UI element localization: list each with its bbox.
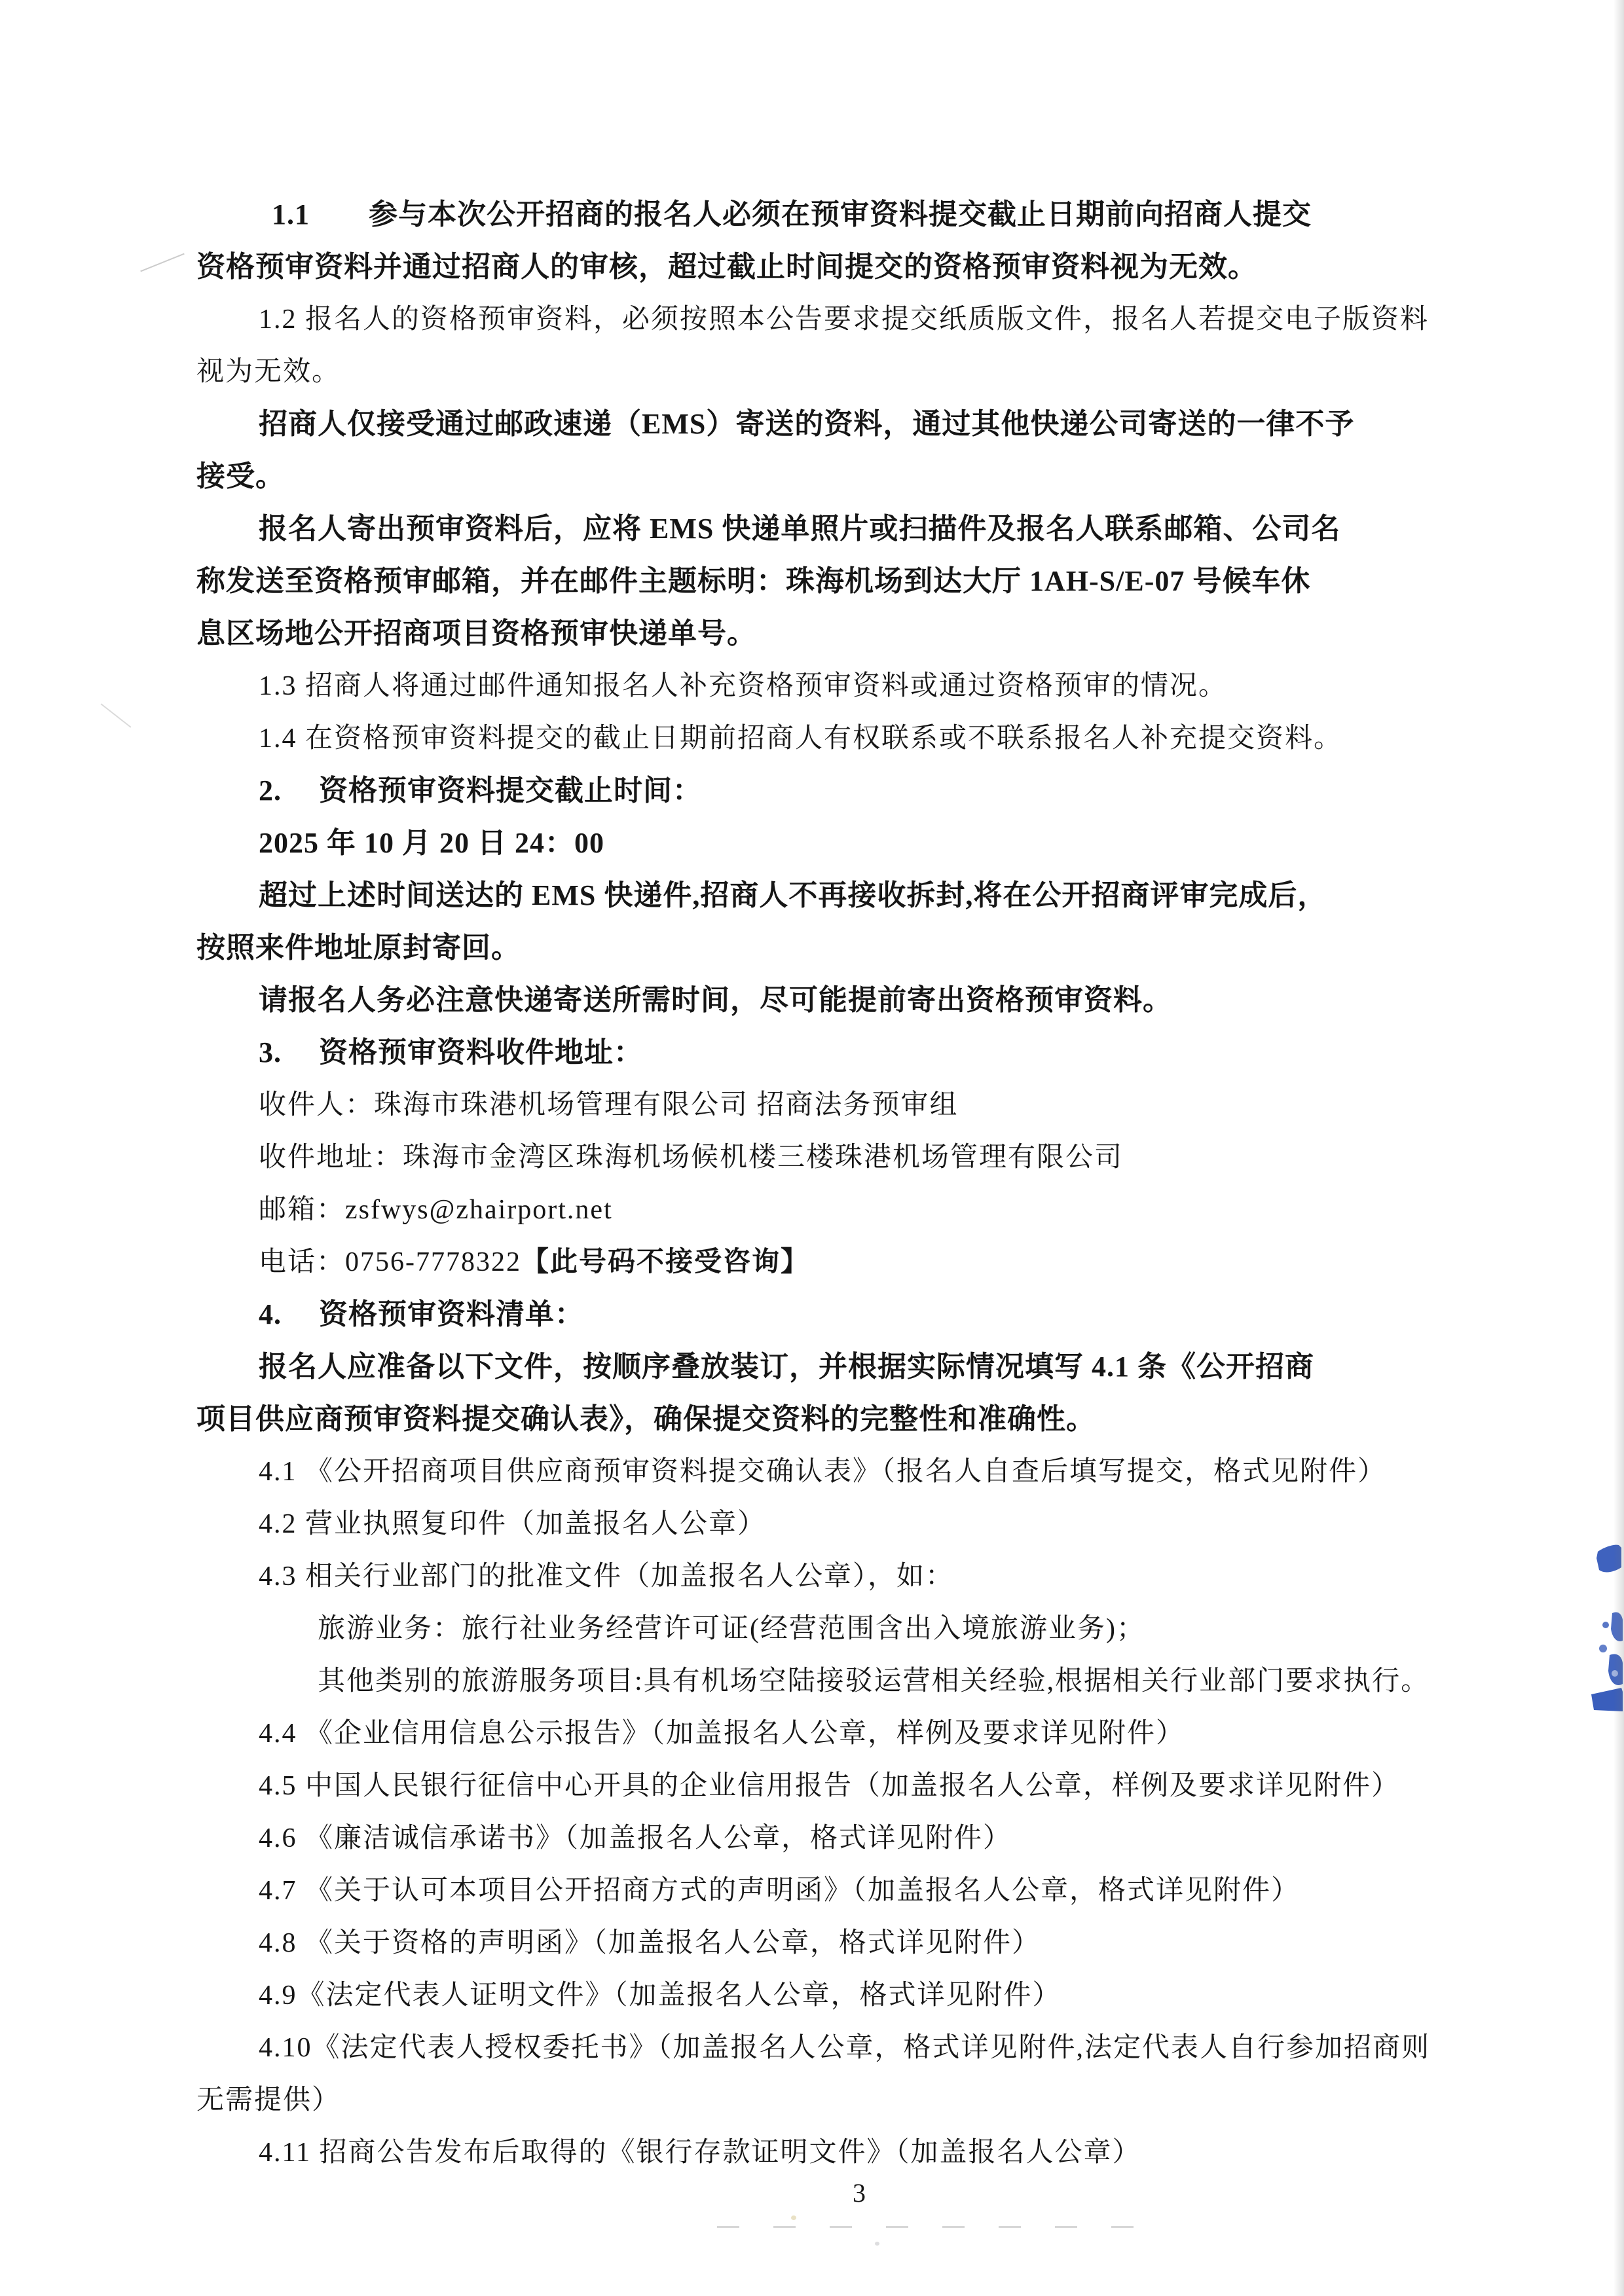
doc-line: 报名人应准备以下文件，按顺序叠放装订，并根据实际情况填写 4.1 条《公开招商: [196, 1341, 1545, 1393]
text-segment: 项目供应商预审资料提交确认表》，确保提交资料的完整性和准确性。: [196, 1403, 1096, 1435]
doc-line: 按照来件地址原封寄回。: [196, 922, 1545, 974]
text-segment: 4.1 《公开招商项目供应商预审资料提交确认表》（报名人自查后填写提交，格式见附…: [259, 1457, 1386, 1487]
text-segment: 视为无效。: [196, 357, 341, 387]
text-segment: 4.5 中国人民银行征信中心开具的企业信用报告（加盖报名人公章，样例及要求详见附…: [259, 1771, 1400, 1801]
text-segment: 4.6 《廉洁诚信承诺书》（加盖报名人公章，格式详见附件）: [259, 1823, 1012, 1853]
text-segment: 按照来件地址原封寄回。: [196, 932, 521, 964]
text-segment: 招商人仅接受通过邮政速递（EMS）寄送的资料，通过其他快递公司寄送的一律不予: [259, 408, 1354, 440]
text-segment: 2. 资格预审资料提交截止时间：: [259, 774, 702, 807]
text-segment: 旅游业务：旅行社业务经营许可证(经营范围含出入境旅游业务)；: [318, 1614, 1145, 1644]
text-segment: 收件人：珠海市珠港机场管理有限公司 招商法务预审组: [259, 1090, 959, 1120]
text-segment: 4.9《法定代表人证明文件》（加盖报名人公章，格式详见附件）: [259, 1980, 1061, 2011]
doc-line: 1.3 招商人将通过邮件通知报名人补充资格预审资料或通过资格预审的情况。: [196, 660, 1545, 712]
doc-line: 2. 资格预审资料提交截止时间：: [196, 765, 1545, 817]
text-segment: 超过上述时间送达的 EMS 快递件,招商人不再接收拆封,将在公开招商评审完成后，: [259, 879, 1327, 911]
doc-line: 4.6 《廉洁诚信承诺书》（加盖报名人公章，格式详见附件）: [196, 1812, 1545, 1865]
doc-line: 旅游业务：旅行社业务经营许可证(经营范围含出入境旅游业务)；: [196, 1603, 1545, 1655]
doc-line: 息区场地公开招商项目资格预审快递单号。: [196, 608, 1545, 660]
text-segment: 请报名人务必注意快递寄送所需时间，尽可能提前寄出资格预审资料。: [259, 984, 1172, 1016]
doc-line: 4.7 《关于认可本项目公开招商方式的声明函》（加盖报名人公章，格式详见附件）: [196, 1865, 1545, 1917]
page-edge-shadow: [1614, 0, 1624, 2296]
doc-line: 称发送至资格预审邮箱，并在邮件主题标明：珠海机场到达大厅 1AH-S/E-07 …: [196, 555, 1545, 608]
text-segment: 接受。: [196, 460, 285, 492]
scan-speck: [791, 2215, 796, 2220]
text-segment: 息区场地公开招商项目资格预审快递单号。: [196, 617, 756, 649]
doc-line: 1.1 参与本次公开招商的报名人必须在预审资料提交截止日期前向招商人提交: [196, 189, 1545, 241]
text-segment: 无需提供）: [196, 2085, 341, 2115]
text-segment: 1.4 在资格预审资料提交的截止日期前招商人有权联系或不联系报名人补充提交资料。: [259, 723, 1342, 754]
doc-line: 请报名人务必注意快递寄送所需时间，尽可能提前寄出资格预审资料。: [196, 974, 1545, 1027]
text-segment: 报名人寄出预审资料后，应将 EMS 快递单照片或扫描件及报名人联系邮箱、公司名: [259, 513, 1340, 545]
scan-speck: [875, 2242, 879, 2246]
text-segment: 收件地址：珠海市金湾区珠海机场候机楼三楼珠港机场管理有限公司: [259, 1142, 1123, 1173]
doc-line: 4.5 中国人民银行征信中心开具的企业信用报告（加盖报名人公章，样例及要求详见附…: [196, 1760, 1545, 1812]
page-number: 3: [47, 2174, 1624, 2213]
text-segment: 4.8 《关于资格的声明函》（加盖报名人公章，格式详见附件）: [259, 1928, 1041, 1958]
doc-line: 接受。: [196, 450, 1545, 503]
text-segment: 邮箱：zsfwys@zhairport.net: [259, 1195, 613, 1225]
doc-line: 4.3 相关行业部门的批准文件（加盖报名人公章），如：: [196, 1550, 1545, 1603]
doc-line: 4.9《法定代表人证明文件》（加盖报名人公章，格式详见附件）: [196, 1969, 1545, 2022]
text-segment: 4.4 《企业信用信息公示报告》（加盖报名人公章，样例及要求详见附件）: [259, 1719, 1185, 1749]
doc-line: 电话：0756-7778322【此号码不接受咨询】: [196, 1236, 1545, 1288]
text-segment: 4.2 营业执照复印件（加盖报名人公章）: [259, 1509, 766, 1539]
doc-line: 4.8 《关于资格的声明函》（加盖报名人公章，格式详见附件）: [196, 1917, 1545, 1969]
doc-line: 1.4 在资格预审资料提交的截止日期前招商人有权联系或不联系报名人补充提交资料。: [196, 712, 1545, 765]
text-segment: 【此号码不接受咨询】: [521, 1247, 809, 1277]
text-segment: 1.1 参与本次公开招商的报名人必须在预审资料提交截止日期前向招商人提交: [272, 198, 1312, 230]
doc-line: 4.11 招商公告发布后取得的《银行存款证明文件》（加盖报名人公章）: [196, 2126, 1545, 2179]
doc-line: 视为无效。: [196, 346, 1545, 398]
ink-fragment: [1602, 1622, 1609, 1628]
doc-line: 1.2 报名人的资格预审资料，必须按照本公告要求提交纸质版文件，报名人若提交电子…: [196, 293, 1545, 346]
doc-line: 无需提供）: [196, 2074, 1545, 2126]
doc-line: 4.1 《公开招商项目供应商预审资料提交确认表》（报名人自查后填写提交，格式见附…: [196, 1446, 1545, 1498]
scan-scratch: [140, 253, 185, 272]
text-segment: 报名人应准备以下文件，按顺序叠放装订，并根据实际情况填写 4.1 条《公开招商: [259, 1351, 1314, 1383]
text-segment: 资格预审资料并通过招商人的审核，超过截止时间提交的资格预审资料视为无效。: [196, 251, 1257, 283]
text-segment: 称发送至资格预审邮箱，并在邮件主题标明：珠海机场到达大厅 1AH-S/E-07 …: [196, 565, 1310, 597]
text-segment: 1.2 报名人的资格预审资料，必须按照本公告要求提交纸质版文件，报名人若提交电子…: [259, 304, 1429, 335]
doc-line: 4.2 营业执照复印件（加盖报名人公章）: [196, 1498, 1545, 1550]
doc-line: 4.10《法定代表人授权委托书》（加盖报名人公章，格式详见附件,法定代表人自行参…: [196, 2022, 1545, 2074]
doc-line: 报名人寄出预审资料后，应将 EMS 快递单照片或扫描件及报名人联系邮箱、公司名: [196, 503, 1545, 555]
text-segment: 电话：0756-7778322: [259, 1247, 521, 1277]
doc-line: 资格预审资料并通过招商人的审核，超过截止时间提交的资格预审资料视为无效。: [196, 241, 1545, 293]
doc-line: 招商人仅接受通过邮政速递（EMS）寄送的资料，通过其他快递公司寄送的一律不予: [196, 398, 1545, 450]
doc-line: 收件人：珠海市珠港机场管理有限公司 招商法务预审组: [196, 1079, 1545, 1131]
text-segment: 4.7 《关于认可本项目公开招商方式的声明函》（加盖报名人公章，格式详见附件）: [259, 1876, 1300, 1906]
scan-ghost-line: [717, 2226, 1149, 2228]
document-body: 1.1 参与本次公开招商的报名人必须在预审资料提交截止日期前向招商人提交资格预审…: [196, 189, 1545, 2179]
text-segment: 1.3 招商人将通过邮件通知报名人补充资格预审资料或通过资格预审的情况。: [259, 671, 1227, 701]
doc-line: 超过上述时间送达的 EMS 快递件,招商人不再接收拆封,将在公开招商评审完成后，: [196, 869, 1545, 922]
doc-line: 2025 年 10 月 20 日 24：00: [196, 817, 1545, 869]
doc-line: 4.4 《企业信用信息公示报告》（加盖报名人公章，样例及要求详见附件）: [196, 1707, 1545, 1760]
doc-line: 项目供应商预审资料提交确认表》，确保提交资料的完整性和准确性。: [196, 1393, 1545, 1446]
ink-fragment: [1599, 1645, 1607, 1652]
doc-line: 收件地址：珠海市金湾区珠海机场候机楼三楼珠港机场管理有限公司: [196, 1131, 1545, 1184]
doc-line: 邮箱：zsfwys@zhairport.net: [196, 1184, 1545, 1236]
text-segment: 2025 年 10 月 20 日 24：00: [259, 827, 604, 859]
text-segment: 3. 资格预审资料收件地址：: [259, 1036, 643, 1068]
doc-line: 4. 资格预审资料清单：: [196, 1288, 1545, 1341]
text-segment: 4. 资格预审资料清单：: [259, 1298, 584, 1330]
scan-scratch: [101, 703, 132, 727]
doc-line: 3. 资格预审资料收件地址：: [196, 1027, 1545, 1079]
doc-line: 其他类别的旅游服务项目:具有机场空陆接驳运营相关经验,根据相关行业部门要求执行。: [196, 1655, 1545, 1707]
text-segment: 4.11 招商公告发布后取得的《银行存款证明文件》（加盖报名人公章）: [259, 2138, 1141, 2168]
scanned-document-page: 1.1 参与本次公开招商的报名人必须在预审资料提交截止日期前向招商人提交资格预审…: [0, 0, 1624, 2296]
text-segment: 4.10《法定代表人授权委托书》（加盖报名人公章，格式详见附件,法定代表人自行参…: [259, 2033, 1430, 2063]
text-segment: 其他类别的旅游服务项目:具有机场空陆接驳运营相关经验,根据相关行业部门要求执行。: [318, 1666, 1430, 1696]
text-segment: 4.3 相关行业部门的批准文件（加盖报名人公章），如：: [259, 1561, 954, 1592]
